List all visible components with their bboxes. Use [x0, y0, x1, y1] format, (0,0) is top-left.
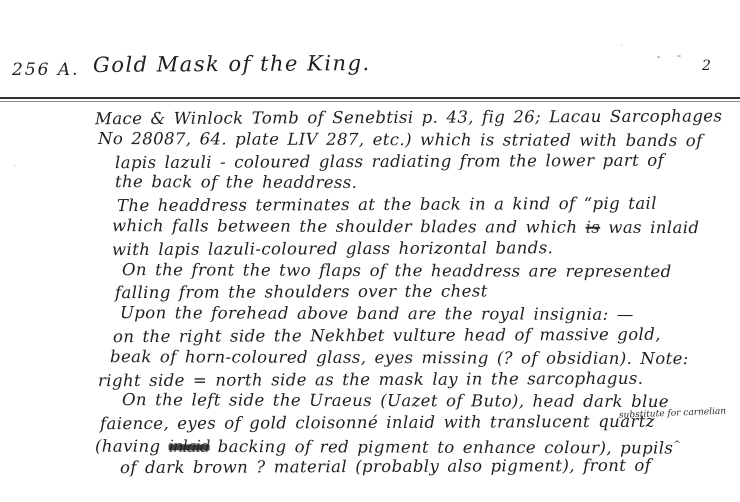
struck-out-word: is [586, 218, 601, 237]
paper-speck [677, 55, 681, 57]
page-number: 2 [702, 58, 711, 74]
paper-speck [657, 56, 660, 58]
line-text: Mace & Winlock Tomb of Senebtisi p. 43, … [95, 106, 722, 128]
line-text: was inlaid [600, 218, 699, 237]
line-text: right side = north side as the mask lay … [98, 368, 643, 389]
manuscript-line: The headdress terminates at the back in … [0, 193, 740, 218]
manuscript-page: 256 A. Gold Mask of the King. 2 Mace & W… [0, 0, 740, 502]
page-title: Gold Mask of the King. [93, 51, 371, 77]
manuscript-line: No 28087, 64. plate LIV 287, etc.) which… [0, 128, 740, 152]
line-text: faience, eyes of gold cloisonné inlaid w… [100, 412, 655, 433]
manuscript-line: beak of horn-coloured glass, eyes missin… [0, 345, 740, 369]
line-text: On the left side the Uraeus (Uazet of Bu… [122, 390, 669, 411]
line-text: Upon the forehead above band are the roy… [120, 303, 634, 324]
header-divider-rule [0, 97, 740, 102]
line-text: with lapis lazuli-coloured glass horizon… [112, 238, 553, 259]
manuscript-line: (having inlaid backing of red pigment to… [0, 433, 740, 457]
line-text: (having [95, 436, 169, 455]
manuscript-line: which falls between the shoulder blades … [0, 215, 740, 239]
manuscript-line: Mace & Winlock Tomb of Senebtisi p. 43, … [0, 105, 740, 130]
manuscript-line: with lapis lazuli-coloured glass horizon… [0, 236, 740, 261]
line-text: falling from the shoulders over the ches… [115, 282, 488, 303]
line-text: on the right side the Nekhbet vulture he… [113, 325, 661, 346]
manuscript-line: on the right side the Nekhbet vulture he… [0, 323, 740, 348]
line-text: of dark brown ? material (probably also … [120, 456, 651, 477]
interlinear-insertion: substitute for carnelian [618, 402, 726, 428]
manuscript-body: Mace & Winlock Tomb of Senebtisi p. 43, … [0, 107, 740, 478]
line-text: which falls between the shoulder blades … [112, 216, 586, 237]
line-text: lapis lazuli - coloured glass radiating … [115, 150, 664, 171]
line-text: No 28087, 64. plate LIV 287, etc.) which… [98, 129, 703, 150]
line-text: On the front the two flaps of the headdr… [122, 260, 672, 281]
scribbled-out-word: inlaid [169, 437, 210, 456]
manuscript-line: of dark brown ? material (probably also … [0, 454, 740, 479]
insertion-caret: ^ [673, 440, 681, 450]
divider-line-top [0, 97, 740, 99]
manuscript-line: Upon the forehead above band are the roy… [0, 302, 740, 326]
catalog-number: 256 A. [12, 60, 80, 80]
line-text: beak of horn-coloured glass, eyes missin… [110, 347, 689, 368]
manuscript-line: falling from the shoulders over the ches… [0, 280, 740, 305]
manuscript-line: the back of the headdress. [0, 171, 740, 195]
manuscript-line: faience, eyes of gold cloisonné inlaid w… [0, 411, 740, 436]
line-text: The headdress terminates at the back in … [117, 194, 657, 215]
line-text: the back of the headdress. [115, 173, 357, 193]
divider-line-bottom [0, 101, 740, 102]
